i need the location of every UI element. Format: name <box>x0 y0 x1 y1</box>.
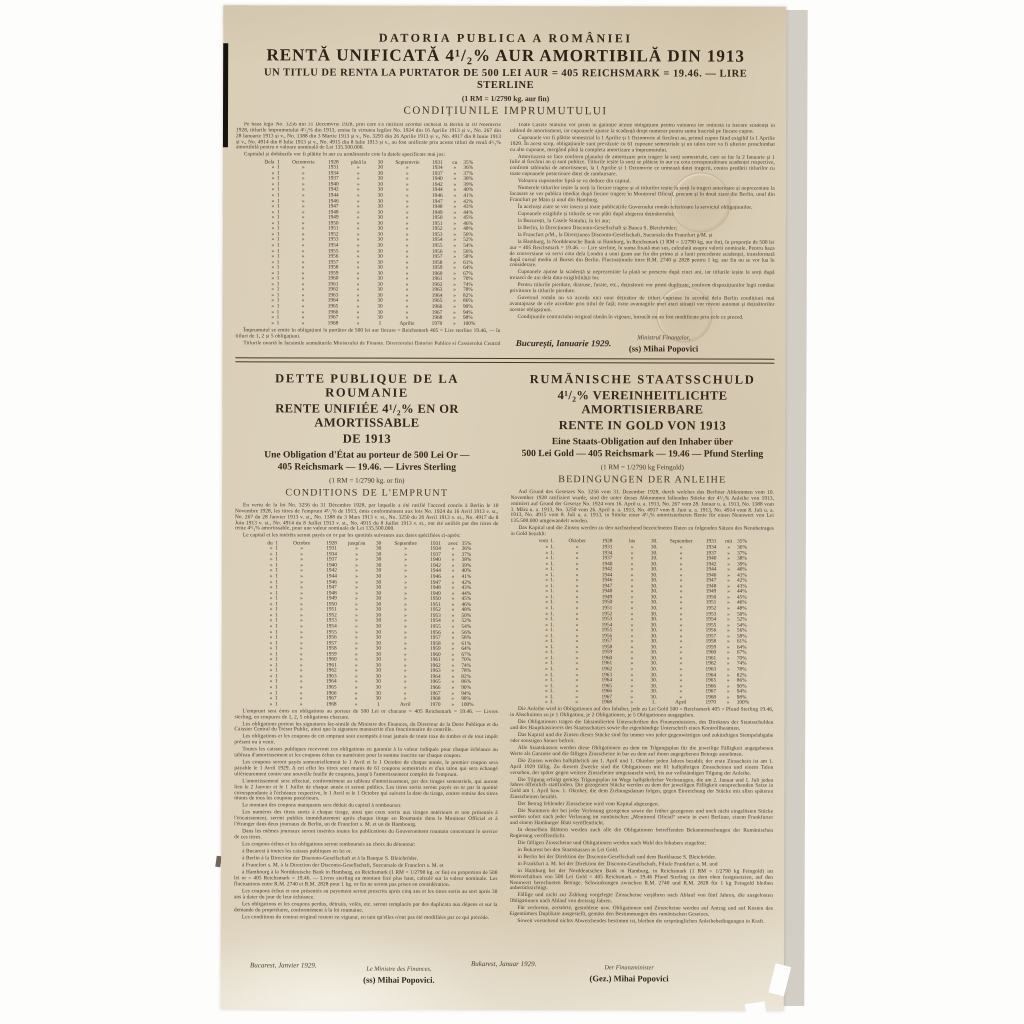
amortization-row: »1»1968»1Avril1970»100% <box>234 702 498 708</box>
body-paragraph: à Hambourg à la Norddeutsche Bank in Ham… <box>234 870 498 888</box>
fr-conditions-heading: CONDITIONS DE L'EMPRUNT <box>235 487 499 500</box>
body-paragraph: Cupoanele vor fi plătite semestrial la 1… <box>510 136 775 154</box>
body-paragraph: Les coupons seront payés semestriellemen… <box>234 760 498 778</box>
de-minister-signature: Der Finanzminister (Gez.) Mihai Popovici <box>589 964 668 983</box>
fr-conditions-paragraphs: L'emprunt sera émis en obligations au po… <box>234 709 498 922</box>
fr-amortization-table: du1Octobre1928jusqu'au30Septembre1931ave… <box>234 541 498 708</box>
de-obligation-line1: Eine Staats-Obligation auf den Inhaber ü… <box>511 437 775 449</box>
de-intro-paragraph: Auf Grund des Gesetzes No. 3256 vom 31. … <box>510 490 774 526</box>
de-title-line1: RUMÄNISCHE STAATSSCHULD <box>511 372 775 387</box>
ro-title-line1: DATORIA PUBLICA A ROMÂNIEI <box>236 31 775 45</box>
body-paragraph: Toutes les caisses publiques recevront c… <box>234 748 498 760</box>
fr-obligation-line2: 405 Reichsmark — 19.46. — Livres Sterlin… <box>235 462 499 474</box>
ro-minister-name: (ss) Mihai Popovici <box>629 343 698 353</box>
de-parity-note: (1 RM = 1/2790 kg Feingold) <box>511 463 775 473</box>
amortization-row: »1»1968»1Aprilie1970»100% <box>235 321 500 327</box>
body-paragraph: Pentru titlurile pierdute, distruse, fur… <box>510 283 775 295</box>
de-obligation-line2: 500 Lei Gold — 405 Reichsmark — 19.46 — … <box>511 449 775 461</box>
ro-lead-in: Capitalul și dobânzile vor fi plătite în… <box>236 153 501 160</box>
body-paragraph: Numerele titlurilor ieșite la sorți la f… <box>510 186 775 204</box>
fr-minister-title: Le Ministre des Finances, <box>363 966 435 973</box>
body-paragraph: Das Kapital und die Zinsen dieser Stücke… <box>510 733 774 745</box>
body-paragraph: Soweit vorstehend nichts Abweichendes be… <box>509 919 773 926</box>
body-paragraph: Alle Staatskassen werden diese Obligatio… <box>510 746 774 758</box>
de-amortization-table: vom1.Oktober1928bis30.September1931mit35… <box>510 539 774 706</box>
fr-place-date: Bucarest, Janvier 1929. <box>250 961 317 969</box>
bottom-signatures: Bucarest, Janvier 1929. Le Ministre des … <box>234 951 773 1002</box>
ro-left-column: Pe baza legii No. 3256 din 31 Decemvrie … <box>235 122 501 345</box>
ro-right-column: Toate Casele Statului vor primi în garan… <box>509 123 775 346</box>
fr-parity-note: (1 RM = 1/2790 kg. or fin) <box>235 476 499 486</box>
fr-obligation-line1: Une Obligation d'État au porteur de 500 … <box>235 450 499 462</box>
body-paragraph: In denselben Blättern werden auch alle d… <box>510 828 774 840</box>
de-conditions-paragraphs: Die Anleihe wird in Obligationen auf den… <box>509 707 773 925</box>
ro-place-date: București, Ianuarie 1929. <box>516 338 612 348</box>
body-paragraph: Guvernul român nu va acorda nici unui de… <box>510 296 775 314</box>
black-corner-mark <box>223 43 228 147</box>
body-paragraph: Die Obligationen tragen die faksimiliert… <box>510 720 774 732</box>
section-divider-rule <box>235 357 774 363</box>
body-paragraph: Dans les mêmes journaux seront insérées … <box>234 829 498 841</box>
body-paragraph: in Hamburg bei der Norddeutschen Bank in… <box>509 869 773 893</box>
french-section: DETTE PUBLIQUE DE LA ROUMANIE RENTE UNIF… <box>234 365 499 954</box>
romanian-section: DATORIA PUBLICA A ROMÂNIEI RENTĂ UNIFICA… <box>235 31 775 354</box>
body-paragraph: Les obligations et les coupons de cet em… <box>234 735 498 747</box>
de-title-line3: RENTE IN GOLD VON 1913 <box>511 418 775 433</box>
ro-intro-paragraph: Pe baza legii No. 3256 din 31 Decemvrie … <box>236 122 501 152</box>
fr-minister-name: (ss) Mihai Popovici. <box>363 975 435 985</box>
body-paragraph: Les coupons échus et non présentés au pa… <box>234 889 498 901</box>
fr-intro-paragraph: En vertu de la loi No. 3256 du 31 Décemb… <box>235 503 499 533</box>
fr-title-line3: DE 1913 <box>235 431 499 446</box>
body-paragraph: Die Zinsen werden halbjährlich am 1. Apr… <box>510 759 774 777</box>
bond-document: DATORIA PUBLICA A ROMÂNIEI RENTĂ UNIFICA… <box>221 5 787 1010</box>
ro-title-line3: UN TITLU DE RENTA LA PURTATOR DE 500 LEI… <box>236 67 775 92</box>
body-paragraph: la Hamburg, la Norddeutsche Bank in Hamb… <box>510 240 775 270</box>
ro-conditions-heading: CONDIȚIUNILE IMPRUMUTULUI <box>236 104 775 118</box>
body-paragraph: Amortizarea se face conform planului de … <box>510 155 775 179</box>
ro-minister-title: Ministrul Finanțelor, <box>629 334 698 341</box>
torn-edge <box>745 1001 767 1018</box>
body-paragraph: Les numéros des titres sortis à chaque t… <box>234 811 498 829</box>
ro-title-line2: RENTĂ UNIFICATĂ 4¹/₂% AUR AMORTIBILĂ DIN… <box>236 46 775 65</box>
ro-parity-note: (1 RM = 1/2790 kg. aur fin) <box>236 93 775 103</box>
body-paragraph: L'amortissement sera effectué, conformém… <box>234 779 498 803</box>
ro-minister-signature: Ministrul Finanțelor, (ss) Mihai Popovic… <box>629 334 698 353</box>
body-paragraph: Les obligations et les coupons perdus, d… <box>234 902 498 914</box>
fr-lead-in: Le capital et les intérêts seront payés … <box>235 534 499 541</box>
ro-columns: Pe baza legii No. 3256 din 31 Decemvrie … <box>235 122 775 345</box>
de-lead-in: Das Kapital und die Zinsen werden zu den… <box>510 526 774 538</box>
body-paragraph: Die Anleihe wird in Obligationen auf den… <box>510 707 774 719</box>
de-minister-title: Der Finanzminister <box>590 964 669 971</box>
body-paragraph: Toate Casele Statului vor primi în garan… <box>510 123 775 135</box>
body-paragraph: Die Nummern der bei jeder Verlosung gezo… <box>510 809 774 827</box>
body-paragraph: Fällige und nicht zur Zahlung vorgelegte… <box>509 893 773 905</box>
body-paragraph: Cupoanele ajunse la scadență și neprezen… <box>510 270 775 282</box>
body-paragraph: Les obligations portent les signatures f… <box>234 722 498 734</box>
bilingual-section: DETTE PUBLIQUE DE LA ROUMANIE RENTE UNIF… <box>234 365 775 954</box>
body-paragraph: L'emprunt sera émis en obligations au po… <box>234 709 498 721</box>
ro-conditions-paragraphs: Toate Casele Statului vor primi în garan… <box>509 123 775 321</box>
photo-background: DATORIA PUBLICA A ROMÂNIEI RENTĂ UNIFICA… <box>0 0 1024 1024</box>
fr-title-line1: DETTE PUBLIQUE DE LA ROUMANIE <box>235 371 499 400</box>
body-paragraph: Les conditions du contrat original reste… <box>234 915 498 922</box>
body-paragraph: Die Tilgung erfolgt gemäss Tilgungsplan … <box>510 778 774 802</box>
de-minister-name: (Gez.) Mihai Popovici <box>589 973 668 983</box>
german-section: RUMÄNISCHE STAATSSCHULD 4¹/₂% VEREINHEIT… <box>509 366 774 955</box>
body-paragraph: Condițiunile contractului original rămân… <box>509 315 774 322</box>
de-place-date: Bukarest, Januar 1929. <box>471 960 536 968</box>
ro-amortization-table: Dela1Octomvrie1928până la30Septemvrie193… <box>235 160 500 327</box>
de-conditions-heading: BEDINGUNGEN DER ANLEIHE <box>511 474 775 487</box>
body-paragraph: Für verlorene, zerstörte, gestohlene usw… <box>509 906 773 918</box>
fr-minister-signature: Le Ministre des Finances, (ss) Mihai Pop… <box>363 966 435 985</box>
fr-title-line2: RENTE UNIFIÉE 4¹/₂% EN OR AMORTISSABLE <box>235 401 499 430</box>
de-title-line2: 4¹/₂% VEREINHEITLICHTE AMORTISIERBARE <box>511 388 775 417</box>
